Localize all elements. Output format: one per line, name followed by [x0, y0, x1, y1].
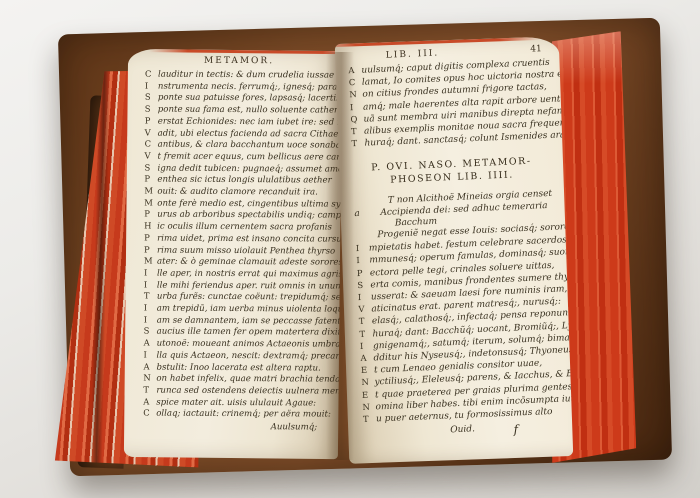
verse-line: Prima uidet, prima est insano concita cu… — [144, 232, 332, 245]
folio-number: 41 — [530, 44, 542, 54]
verse-line: Autonoë: moueant animos Actaeonis umbrae… — [144, 338, 332, 351]
verse-text: nstrumenta necis. ferrumq́;, ignesq́; pa… — [158, 81, 342, 92]
verse-text: lauditur in tectis: & dum crudelia iussa… — [158, 70, 334, 81]
verse-line: Illa quis Actaeon, nescit: dextramq́; pr… — [143, 349, 331, 362]
verse-text: rima suum misso uiolauit Penthea thyrso — [157, 245, 335, 256]
guide-letter: I — [144, 303, 157, 314]
guide-letter: A — [144, 338, 157, 349]
verse-text: on habet infelix, quae matri brachia ten… — [156, 374, 342, 385]
verse-text: urba furẽs: cunctae coëunt: trepidumq́; … — [157, 292, 342, 303]
guide-letter-margin: a — [354, 209, 360, 219]
left-page-text: METAMOR. Clauditur in tectis: & dum crud… — [143, 56, 333, 433]
guide-letter: E — [361, 365, 374, 377]
guide-letter: T — [144, 291, 157, 302]
guide-letter: S — [357, 279, 370, 291]
verse-text: lle mihi feriendus aper. ruit omnis in u… — [157, 280, 342, 291]
verse-text: ouit: & audito clamore recanduit ira. — [157, 187, 318, 198]
right-page-text: LIB. III. 41 Auulsumq́; caput digitis co… — [348, 44, 562, 443]
verse-text: ponte sua fama est, nullo soluente cathe… — [158, 105, 342, 116]
verse-text: lla quis Actaeon, nescit: dextramq́; pre… — [156, 351, 342, 362]
guide-letter: P — [144, 174, 157, 185]
running-head-right: LIB. III. — [386, 48, 440, 60]
verse-text: am trepidũ, iam uerba minus uiolenta loq… — [157, 304, 342, 315]
verse-line: Purus ab arboribus spectabilis undiq; ca… — [144, 209, 332, 222]
guide-letter: P — [144, 232, 157, 243]
verse-line: Ille aper, in nostris errat qui maximus … — [144, 268, 332, 281]
guide-letter: A — [143, 396, 156, 407]
guide-letter: T — [359, 328, 372, 340]
verse-text: enthea sic ictus longis ululatibus aethe… — [157, 175, 331, 186]
verse-text: ollaq; iactauit: crinemq́; per aëra moui… — [156, 409, 331, 420]
opening-lines: T non Alcithoë Mineias orgia censetAccip… — [354, 189, 554, 242]
verse-text: bstulit: Inoo lacerata est altera raptu. — [156, 362, 320, 373]
guide-letter: P — [144, 209, 157, 220]
verse-text: ponte sua patuisse fores, lapsasq́; lace… — [158, 93, 341, 104]
guide-letter: C — [145, 69, 158, 80]
verse-line: Iam trepidũ, iam uerba minus uiolenta lo… — [144, 303, 332, 316]
verse-text: runca sed ostendens deiectis uulnera mem… — [156, 386, 342, 397]
verse-line: Vadit, ubi electus facienda ad sacra Cit… — [145, 127, 333, 140]
verse-text: lle aper, in nostris errat qui maximus a… — [157, 269, 342, 280]
verse-line: Trunca sed ostendens deiectis uulnera me… — [143, 385, 331, 398]
book4-opening: a T non Alcithoë Mineias orgia censetAcc… — [354, 189, 554, 242]
verse-line: Saucius ille tamen fer opem matertera di… — [144, 326, 332, 339]
guide-letter: N — [143, 373, 156, 384]
verse-line: Clauditur in tectis: & dum crudelia iuss… — [145, 69, 333, 82]
verse-line: Sponte sua fama est, nullo soluente cath… — [145, 104, 333, 117]
guide-letter: I — [358, 292, 371, 304]
verse-line: Perstat Echionides: nec iam iubet ire: s… — [145, 115, 333, 128]
verse-text: am se damnantem, iam se peccasse fatente… — [157, 315, 342, 326]
verse-text: onte ferè medio est, cingentibus ultima … — [157, 198, 342, 209]
guide-letter: M — [144, 197, 157, 208]
guide-letter: I — [360, 340, 373, 352]
verse-line: Prima suum misso uiolauit Penthea thyrso — [144, 244, 332, 257]
verse-line: Penthea sic ictus longis ululatibus aeth… — [144, 174, 332, 187]
verse-line: Vt fremit acer equus, cum bellicus aere … — [145, 150, 333, 163]
guide-letter: H — [144, 221, 157, 232]
book-photograph: METAMOR. Clauditur in tectis: & dum crud… — [0, 0, 700, 498]
guide-letter: I — [145, 80, 158, 91]
guide-letter: M — [144, 256, 157, 267]
verse-line: Iam se damnantem, iam se peccasse fatent… — [144, 314, 332, 327]
verse-text: rima uidet, prima est insano concita cur… — [157, 233, 342, 244]
verse-line: Sponte sua patuisse fores, lapsasq́; lac… — [145, 92, 333, 105]
guide-letter: I — [356, 255, 369, 267]
verse-line: Abstulit: Inoo lacerata est altera raptu… — [143, 361, 331, 374]
right-verse-block-top: Auulsumq́; caput digitis complexa cruent… — [348, 57, 549, 151]
verse-text: ater: & ò geminae clamauit adeste sorore… — [157, 257, 342, 268]
guide-letter: P — [144, 244, 157, 255]
guide-letter: T — [363, 414, 376, 426]
verse-text: erstat Echionides: nec iam iubet ire: se… — [158, 116, 342, 127]
verse-text: ic oculis illum cernentem sacra profanis — [157, 222, 332, 233]
guide-letter: N — [362, 401, 375, 413]
verse-line: Non habet infelix, quae matri brachia te… — [143, 373, 331, 386]
gutter-shadow — [326, 52, 354, 460]
verse-line: Mouit: & audito clamore recanduit ira. — [144, 186, 332, 199]
verse-text: antibus, & clara bacchantum uoce sonabat — [158, 140, 343, 151]
verse-text: igna dedit tubicen: pugnaeq́; assumet am… — [157, 163, 342, 174]
verse-text: aucius ille tamen fer opem matertera dix… — [157, 327, 342, 338]
section-heading: P. OVI. NASO. METAMOR- PHOSEON LIB. IIII… — [352, 154, 551, 188]
verse-line: Signa dedit tubicen: pugnaeq́; assumet a… — [144, 162, 332, 175]
left-page: METAMOR. Clauditur in tectis: & dum crud… — [124, 49, 342, 459]
guide-letter: I — [144, 279, 157, 290]
section-heading-line2: PHOSEON LIB. IIII. — [390, 170, 514, 186]
guide-letter: C — [143, 408, 156, 419]
verse-line: Ille mihi feriendus aper. ruit omnis in … — [144, 279, 332, 292]
guide-letter: I — [143, 349, 156, 360]
guide-letter: T — [359, 316, 372, 328]
guide-letter: V — [145, 127, 158, 138]
guide-letter: S — [145, 104, 158, 115]
guide-letter: A — [143, 361, 156, 372]
right-page: LIB. III. 41 Auulsumq́; caput digitis co… — [335, 36, 574, 464]
guide-letter: V — [358, 304, 371, 316]
right-verse-block-main: Impietatis habet. festum celebrare sacer… — [356, 235, 561, 426]
guide-letter: C — [145, 139, 158, 150]
guide-letter: I — [356, 243, 369, 255]
verse-line: Mater: & ò geminae clamauit adeste soror… — [144, 256, 332, 269]
guide-letter: T — [143, 385, 156, 396]
guide-letter: A — [360, 353, 373, 365]
running-head-left: METAMOR. — [145, 56, 333, 67]
guide-letter: S — [144, 326, 157, 337]
signature-mark: f — [513, 423, 518, 437]
verse-text: urus ab arboribus spectabilis undiq; cam… — [157, 210, 342, 221]
guide-letter: P — [145, 115, 158, 126]
guide-letter: I — [144, 268, 157, 279]
guide-letter: S — [144, 162, 157, 173]
verse-line: Turba furẽs: cunctae coëunt: trepidumq́;… — [144, 291, 332, 304]
guide-letter: E — [362, 389, 375, 401]
verse-text: t fremit acer equus, cum bellicus aere c… — [158, 152, 343, 163]
verse-text: adit, ubi electus facienda ad sacra Cith… — [158, 128, 342, 139]
guide-letter: S — [145, 92, 158, 103]
verse-line: Monte ferè medio est, cingentibus ultima… — [144, 197, 332, 210]
guide-letter: P — [357, 267, 370, 279]
guide-letter: V — [145, 150, 158, 161]
guide-letter: I — [144, 314, 157, 325]
verse-line: Aspice mater ait. uisis ululauit Agaue: — [143, 396, 331, 409]
verse-text: utonoë: moueant animos Actaeonis umbrae. — [157, 339, 343, 350]
verse-line: Collaq; iactauit: crinemq́; per aëra mou… — [143, 408, 331, 421]
verse-text: spice mater ait. uisis ululauit Agaue: — [156, 397, 316, 408]
left-verse-block: Clauditur in tectis: & dum crudelia iuss… — [143, 69, 333, 421]
guide-letter: N — [361, 377, 374, 389]
verse-line: Instrumenta necis. ferrumq́;, ignesq́; p… — [145, 80, 333, 93]
verse-line: Hic oculis illum cernentem sacra profani… — [144, 221, 332, 234]
verse-line: Cantibus, & clara bacchantum uoce sonaba… — [145, 139, 333, 152]
catchword-left: Auulsumq́; — [143, 422, 331, 433]
guide-letter: M — [144, 186, 157, 197]
